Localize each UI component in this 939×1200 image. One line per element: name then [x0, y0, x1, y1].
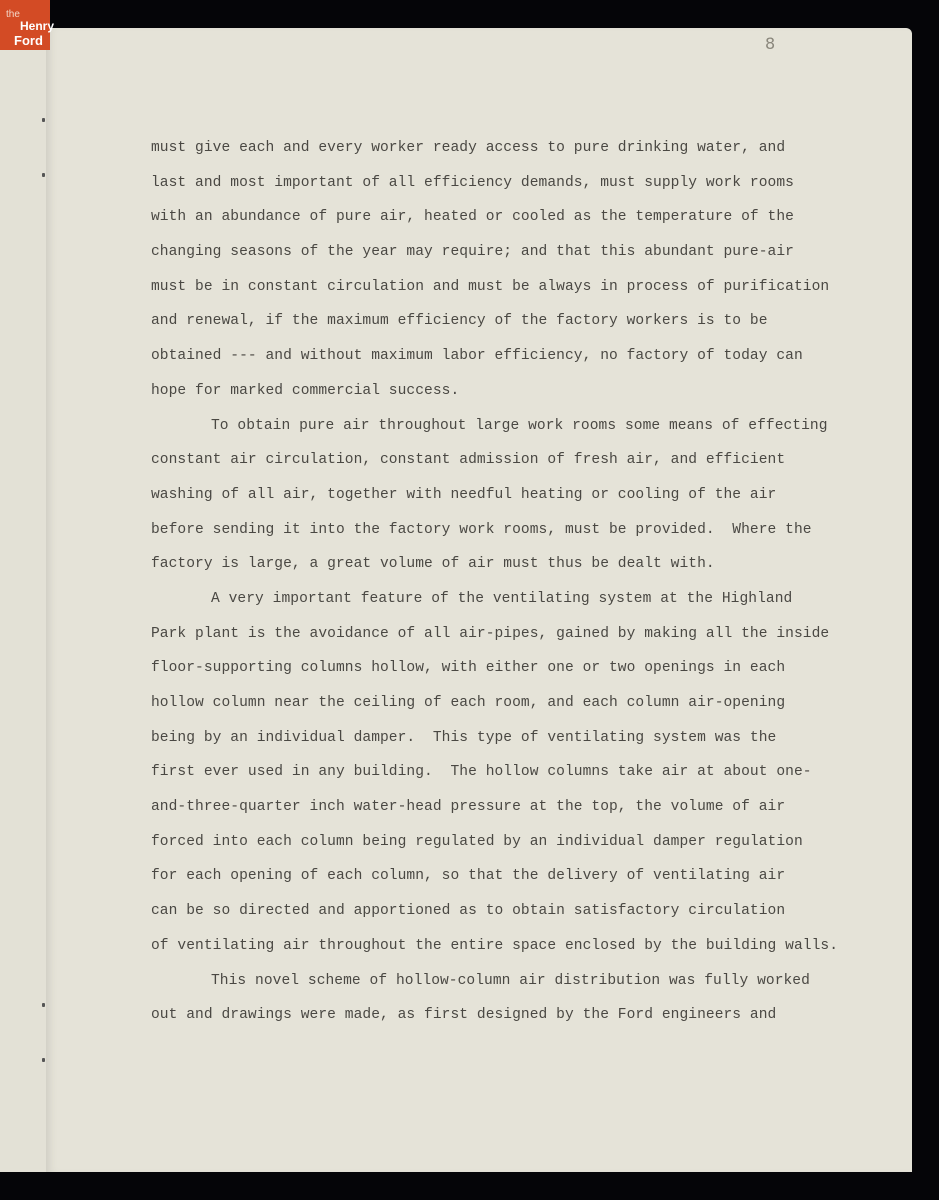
paragraph-start-line: A very important feature of the ventilat… [151, 587, 851, 622]
page-number: 8 [765, 34, 775, 53]
paragraph-start-line: To obtain pure air throughout large work… [151, 414, 851, 449]
text-line: and-three-quarter inch water-head pressu… [151, 795, 851, 830]
text-line: obtained --- and without maximum labor e… [151, 344, 851, 379]
paragraph-start-line: This novel scheme of hollow-column air d… [151, 969, 851, 1004]
text-line: before sending it into the factory work … [151, 518, 851, 553]
binding-mark [42, 173, 45, 177]
binding-mark [42, 1003, 45, 1007]
text-line: changing seasons of the year may require… [151, 240, 851, 275]
text-line: hollow column near the ceiling of each r… [151, 691, 851, 726]
text-line: last and most important of all efficienc… [151, 171, 851, 206]
text-line: washing of all air, together with needfu… [151, 483, 851, 518]
typewritten-body: must give each and every worker ready ac… [151, 136, 851, 1038]
text-line: hope for marked commercial success. [151, 379, 851, 414]
text-line: and renewal, if the maximum efficiency o… [151, 309, 851, 344]
adjacent-page-edge [0, 28, 47, 1172]
text-line: for each opening of each column, so that… [151, 864, 851, 899]
text-line: of ventilating air throughout the entire… [151, 934, 851, 969]
text-line: Park plant is the avoidance of all air-p… [151, 622, 851, 657]
text-line: floor-supporting columns hollow, with ei… [151, 656, 851, 691]
text-line: with an abundance of pure air, heated or… [151, 205, 851, 240]
logo-text-ford: Ford [14, 34, 43, 47]
text-line: constant air circulation, constant admis… [151, 448, 851, 483]
text-line: forced into each column being regulated … [151, 830, 851, 865]
text-line: must be in constant circulation and must… [151, 275, 851, 310]
text-line: first ever used in any building. The hol… [151, 760, 851, 795]
text-line: must give each and every worker ready ac… [151, 136, 851, 171]
binding-mark [42, 1058, 45, 1062]
henry-ford-logo: the Henry Ford [0, 0, 50, 50]
text-line: out and drawings were made, as first des… [151, 1003, 851, 1038]
logo-text-the: the [6, 10, 20, 20]
logo-text-henry: Henry [20, 20, 54, 32]
text-line: can be so directed and apportioned as to… [151, 899, 851, 934]
binding-mark [42, 118, 45, 122]
text-line: factory is large, a great volume of air … [151, 552, 851, 587]
text-line: being by an individual damper. This type… [151, 726, 851, 761]
